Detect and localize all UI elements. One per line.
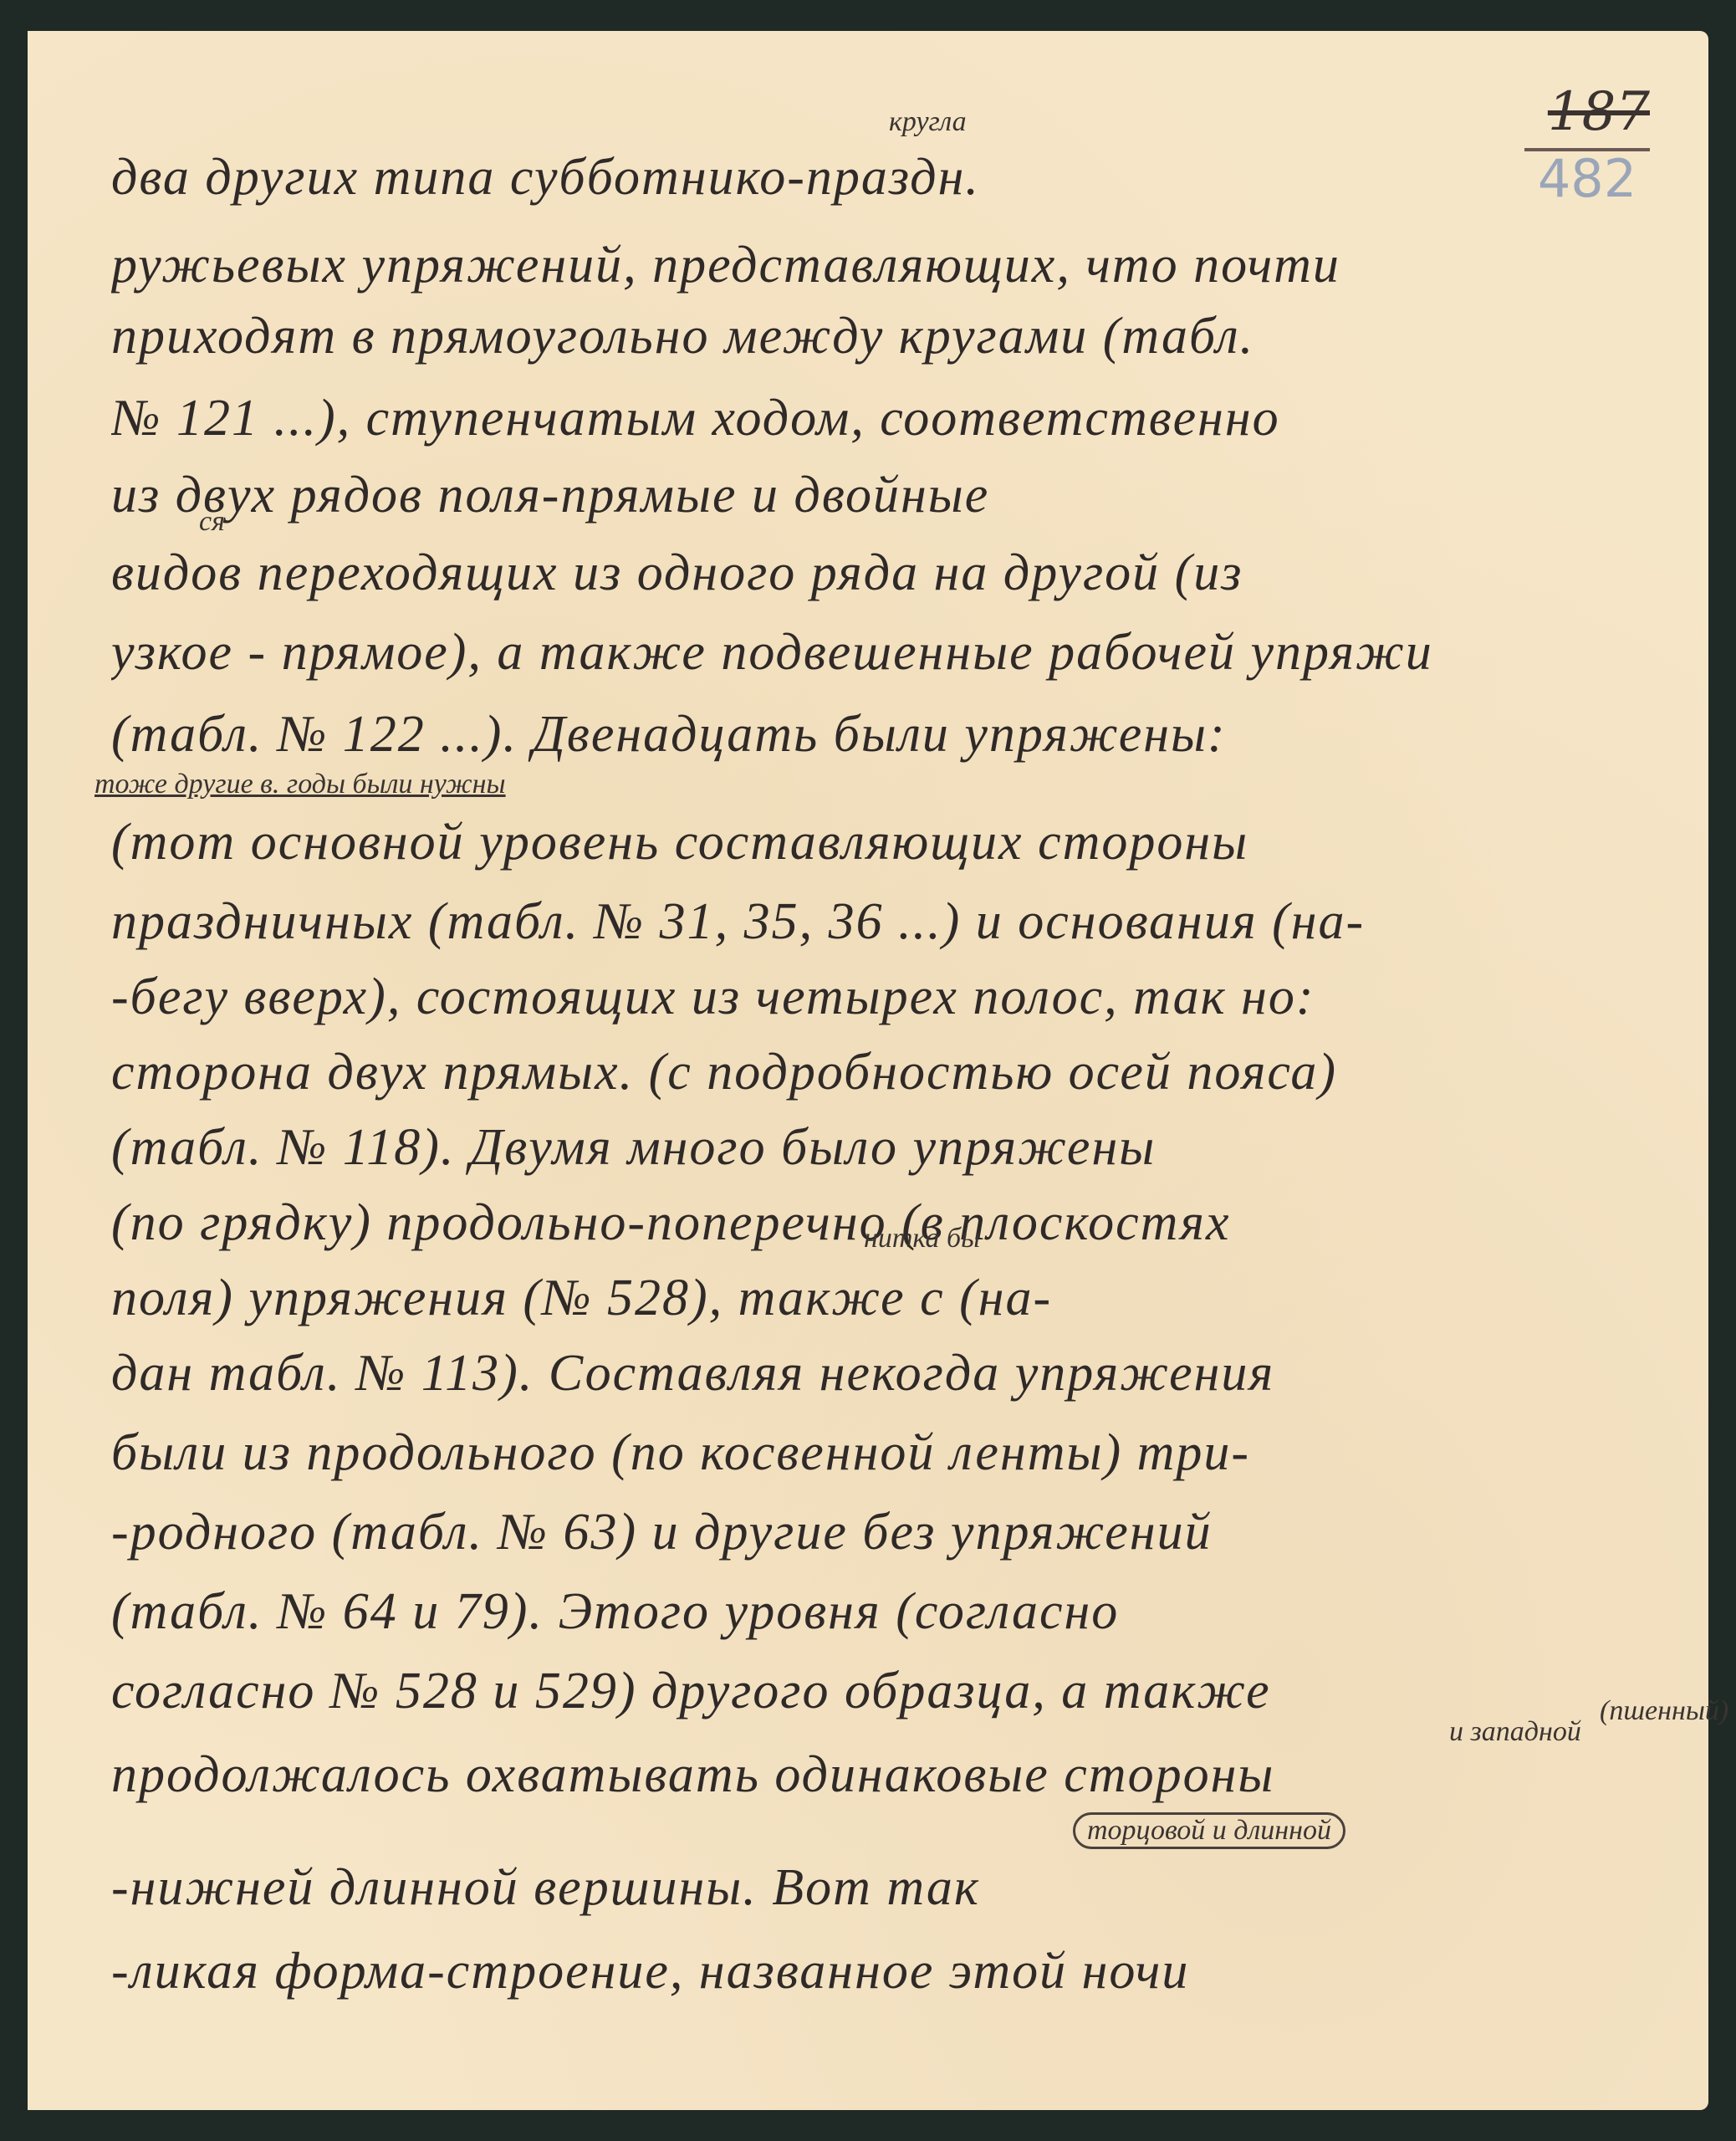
text-line: приходят в прямоугольно между кругами (т… — [111, 307, 1700, 365]
text-line: видов переходящих из одного ряда на друг… — [111, 544, 1700, 602]
insertion-note: кругла — [889, 106, 967, 138]
text-line: два других типа субботнико-праздн. — [111, 148, 1700, 207]
text-line: (табл. № 122 ...). Двенадцать были упряж… — [111, 705, 1700, 764]
text-line: из двух рядов поля-прямые и двойные — [111, 466, 1700, 524]
text-line: согласно № 528 и 529) другого образца, а… — [111, 1662, 1700, 1720]
text-line: -нижней длинной вершины. Вот так — [111, 1858, 1700, 1917]
insertion-note: ся — [199, 506, 225, 538]
text-line: ружьевых упряжений, представляющих, что … — [111, 236, 1700, 294]
text-line: № 121 ...), ступенчатым ходом, соответст… — [111, 389, 1700, 447]
text-line: дан табл. № 113). Составляя некогда упря… — [111, 1344, 1700, 1403]
text-line: (тот основной уровень составляющих сторо… — [111, 813, 1700, 871]
underlined-note: тоже другие в. годы были нужны — [94, 769, 506, 800]
text-line: (табл. № 64 и 79). Этого уровня (согласн… — [111, 1582, 1700, 1641]
text-line: -родного (табл. № 63) и другие без упряж… — [111, 1503, 1700, 1561]
text-line: сторона двух прямых. (с подробностью осе… — [111, 1043, 1700, 1101]
insertion-note: (пшенный) — [1600, 1695, 1728, 1727]
text-line: поля) упряжения (№ 528), также с (на- — [111, 1269, 1700, 1327]
insertion-note: нитка бы — [864, 1223, 980, 1254]
text-line: (табл. № 118). Двумя много было упряжены — [111, 1118, 1700, 1177]
text-line: праздничных (табл. № 31, 35, 36 ...) и о… — [111, 892, 1700, 951]
text-line: -бегу вверх), состоящих из четырех полос… — [111, 968, 1700, 1026]
text-line: продолжалось охватывать одинаковые сторо… — [111, 1745, 1700, 1804]
insertion-note: и западной — [1449, 1716, 1581, 1748]
manuscript-page: 187 482 кругла два других типа субботник… — [28, 31, 1708, 2110]
circled-note: торцовой и длинной — [1073, 1812, 1345, 1849]
text-line: были из продольного (по косвенной ленты)… — [111, 1423, 1700, 1482]
text-line: узкое - прямое), а также подвешенные раб… — [111, 623, 1700, 682]
old-folio-number: 187 — [1524, 81, 1650, 143]
text-line: -ликая форма-строение, названное этой но… — [111, 1942, 1700, 2000]
